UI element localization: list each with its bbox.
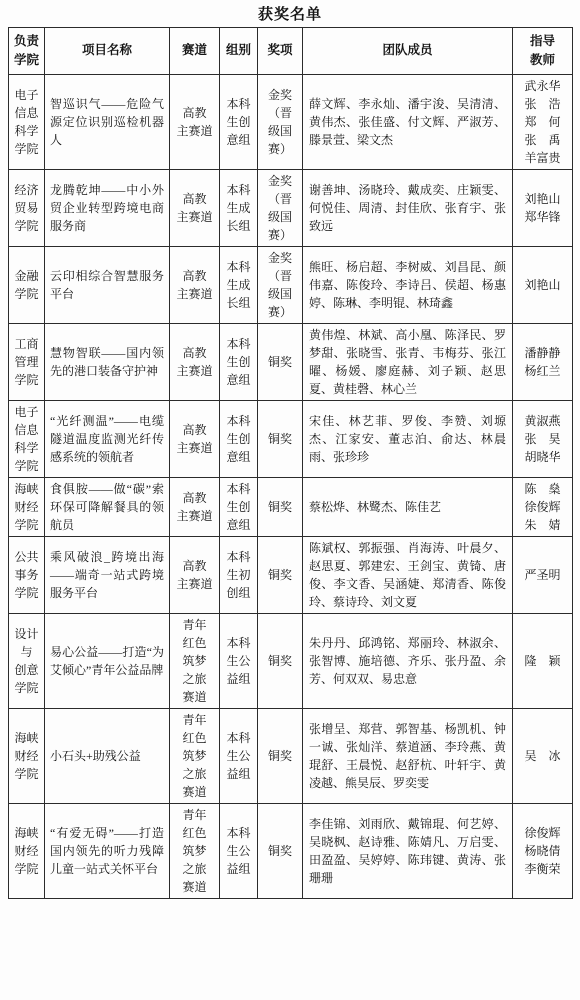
members-cell: 朱丹丹、邱鸿铭、郑丽玲、林淑余、张智博、施培德、齐乐、张丹盈、余芳、何双双、易忠…: [303, 613, 513, 708]
award-cell: 铜奖: [258, 536, 303, 613]
teachers-cell: 黄淑燕 张 昊 胡晓华: [513, 400, 573, 477]
project-cell: 食俱胺——做“碳”索环保可降解餐具的领航员: [45, 477, 170, 536]
college-cell: 电子 信息 科学 学院: [9, 74, 45, 169]
teachers-cell: 陈 燊 徐俊辉 朱 婧: [513, 477, 573, 536]
teachers-cell: 武永华 张 浩 郑 何 张 禹 羊富贵: [513, 74, 573, 169]
group-cell: 本科 生成 长组: [220, 169, 258, 246]
group-cell: 本科 生创 意组: [220, 74, 258, 169]
group-cell: 本科 生公 益组: [220, 613, 258, 708]
college-cell: 电子 信息 科学 学院: [9, 400, 45, 477]
teachers-cell: 潘静静 杨红兰: [513, 323, 573, 400]
award-cell: 铜奖: [258, 708, 303, 803]
table-row: 金融 学院云印相综合智慧服务平台高教 主赛道本科 生成 长组金奖 （晋 级国 赛…: [9, 246, 573, 323]
college-cell: 工商 管理 学院: [9, 323, 45, 400]
table-row: 公共 事务 学院乘风破浪_跨境出海——端奇一站式跨境服务平台高教 主赛道本科 生…: [9, 536, 573, 613]
track-cell: 高教 主赛道: [170, 74, 220, 169]
project-cell: 龙腾乾坤——中小外贸企业转型跨境电商服务商: [45, 169, 170, 246]
track-cell: 青年 红色 筑梦 之旅 赛道: [170, 708, 220, 803]
award-cell: 铜奖: [258, 477, 303, 536]
members-cell: 陈斌权、郭振强、肖海涛、叶晨夕、赵思夏、郭建宏、王剑宝、黄锜、唐俊、李文香、吴涵…: [303, 536, 513, 613]
group-cell: 本科 生初 创组: [220, 536, 258, 613]
award-cell: 金奖 （晋 级国 赛）: [258, 74, 303, 169]
track-cell: 青年 红色 筑梦 之旅 赛道: [170, 803, 220, 898]
table-row: 海峡 财经 学院小石头+助残公益青年 红色 筑梦 之旅 赛道本科 生公 益组铜奖…: [9, 708, 573, 803]
group-cell: 本科 生创 意组: [220, 400, 258, 477]
group-cell: 本科 生创 意组: [220, 477, 258, 536]
group-cell: 本科 生公 益组: [220, 708, 258, 803]
table-row: 经济 贸易 学院龙腾乾坤——中小外贸企业转型跨境电商服务商高教 主赛道本科 生成…: [9, 169, 573, 246]
college-cell: 海峡 财经 学院: [9, 477, 45, 536]
header-group: 组别: [220, 28, 258, 75]
header-row: 负责 学院 项目名称 赛道 组别 奖项 团队成员 指导 教师: [9, 28, 573, 75]
teachers-cell: 隆 颖: [513, 613, 573, 708]
college-cell: 公共 事务 学院: [9, 536, 45, 613]
members-cell: 黄伟煌、林斌、高小凰、陈泽民、罗梦甜、张晓雪、张青、韦梅芬、张江曜、杨媛、廖庭赫…: [303, 323, 513, 400]
teachers-cell: 刘艳山: [513, 246, 573, 323]
table-row: 海峡 财经 学院“有爱无碍”——打造国内领先的听力残障儿童一站式关怀平台青年 红…: [9, 803, 573, 898]
table-row: 工商 管理 学院慧物智联——国内领先的港口装备守护神高教 主赛道本科 生创 意组…: [9, 323, 573, 400]
college-cell: 海峡 财经 学院: [9, 708, 45, 803]
track-cell: 高教 主赛道: [170, 536, 220, 613]
table-row: 电子 信息 科学 学院智巡识气——危险气源定位识别巡检机器人高教 主赛道本科 生…: [9, 74, 573, 169]
award-cell: 金奖 （晋 级国 赛）: [258, 169, 303, 246]
page-title: 获奖名单: [0, 3, 580, 24]
award-cell: 铜奖: [258, 803, 303, 898]
college-cell: 设计 与 创意 学院: [9, 613, 45, 708]
track-cell: 高教 主赛道: [170, 400, 220, 477]
members-cell: 熊旺、杨启超、李树威、刘昌昆、颜伟嘉、陈俊玲、李诗吕、侯超、杨惠婷、陈琳、李明锟…: [303, 246, 513, 323]
project-cell: 易心公益——打造“为艾倾心”青年公益品牌: [45, 613, 170, 708]
teachers-cell: 刘艳山 郑华锋: [513, 169, 573, 246]
college-cell: 经济 贸易 学院: [9, 169, 45, 246]
award-table: 负责 学院 项目名称 赛道 组别 奖项 团队成员 指导 教师 电子 信息 科学 …: [8, 27, 573, 899]
teachers-cell: 严圣明: [513, 536, 573, 613]
teachers-cell: 徐俊辉 杨晓倩 李衡荣: [513, 803, 573, 898]
group-cell: 本科 生创 意组: [220, 323, 258, 400]
teachers-cell: 吴 冰: [513, 708, 573, 803]
header-project: 项目名称: [45, 28, 170, 75]
award-cell: 铜奖: [258, 400, 303, 477]
track-cell: 高教 主赛道: [170, 323, 220, 400]
members-cell: 宋佳、林艺菲、罗俊、李赞、刘塬杰、江家安、董志泊、俞达、林晨雨、张珍珍: [303, 400, 513, 477]
header-members: 团队成员: [303, 28, 513, 75]
group-cell: 本科 生公 益组: [220, 803, 258, 898]
project-cell: 云印相综合智慧服务平台: [45, 246, 170, 323]
table-row: 设计 与 创意 学院易心公益——打造“为艾倾心”青年公益品牌青年 红色 筑梦 之…: [9, 613, 573, 708]
project-cell: “有爱无碍”——打造国内领先的听力残障儿童一站式关怀平台: [45, 803, 170, 898]
project-cell: 慧物智联——国内领先的港口装备守护神: [45, 323, 170, 400]
track-cell: 高教 主赛道: [170, 169, 220, 246]
header-teachers: 指导 教师: [513, 28, 573, 75]
header-track: 赛道: [170, 28, 220, 75]
group-cell: 本科 生成 长组: [220, 246, 258, 323]
members-cell: 薛文辉、李永灿、潘宇浚、吴清清、黄伟杰、张佳盛、付文辉、严淑芳、滕景萱、梁文杰: [303, 74, 513, 169]
award-cell: 铜奖: [258, 323, 303, 400]
award-cell: 铜奖: [258, 613, 303, 708]
members-cell: 蔡松烨、林鹭杰、陈佳艺: [303, 477, 513, 536]
college-cell: 海峡 财经 学院: [9, 803, 45, 898]
project-cell: 小石头+助残公益: [45, 708, 170, 803]
table-row: 电子 信息 科学 学院“光纤测温”——电缆隧道温度监测光纤传感系统的领航者高教 …: [9, 400, 573, 477]
college-cell: 金融 学院: [9, 246, 45, 323]
project-cell: 乘风破浪_跨境出海——端奇一站式跨境服务平台: [45, 536, 170, 613]
project-cell: “光纤测温”——电缆隧道温度监测光纤传感系统的领航者: [45, 400, 170, 477]
award-cell: 金奖 （晋 级国 赛）: [258, 246, 303, 323]
track-cell: 高教 主赛道: [170, 246, 220, 323]
table-row: 海峡 财经 学院食俱胺——做“碳”索环保可降解餐具的领航员高教 主赛道本科 生创…: [9, 477, 573, 536]
members-cell: 李佳锦、刘雨欣、戴锦琨、何艺婷、吴晓枫、赵诗雅、陈婧凡、万启雯、田盈盈、吴婷婷、…: [303, 803, 513, 898]
project-cell: 智巡识气——危险气源定位识别巡检机器人: [45, 74, 170, 169]
track-cell: 高教 主赛道: [170, 477, 220, 536]
header-award: 奖项: [258, 28, 303, 75]
header-college: 负责 学院: [9, 28, 45, 75]
track-cell: 青年 红色 筑梦 之旅 赛道: [170, 613, 220, 708]
document-page: 获奖名单 负责 学院 项目名称 赛道 组别 奖项 团队成员 指导 教师 电子 信…: [0, 0, 580, 899]
members-cell: 谢善坤、汤晓玲、戴成奕、庄颖雯、何悦佳、周清、封佳欣、张育宇、张致远: [303, 169, 513, 246]
members-cell: 张增呈、郑营、郭智基、杨凯机、钟一诚、张灿洋、蔡道涵、李玲燕、黄琨舒、王晨悦、赵…: [303, 708, 513, 803]
